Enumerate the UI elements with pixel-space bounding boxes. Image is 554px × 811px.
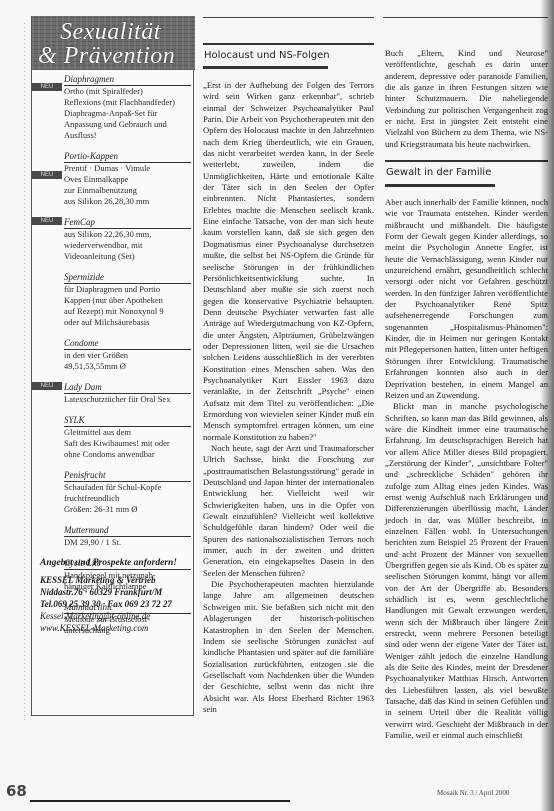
product-line: Diaphragma-Anpaß-Set für [64,108,191,119]
product-entry: NEU Diaphragmen Ortho (mit Spiralfeder) … [32,74,195,141]
product-line: aus Silikon 26,28,30 mm [64,196,191,207]
bottom-rule [30,800,290,802]
product-line: Reflexions (mit Flachbandfeder) [64,97,191,108]
paragraph: Die Psychotherapeuten machten hierzuland… [203,579,374,715]
banner-title-line2: & Prävention [38,44,175,68]
article-body: Aber auch innerhalb der Familie können, … [385,197,548,742]
scan-edge-shadow [540,0,554,811]
product-line: Schaufaden für Schul-Kopfe [64,482,191,493]
paragraph: Buch „Eltern, Kind und Neurose" veröffen… [385,48,548,150]
product-line: Ortho (mit Spiralfeder) [64,86,191,97]
heading-rule-top [203,43,374,45]
product-line: für Diaphragmen und Portio [64,284,191,295]
new-badge: NEU [32,171,62,179]
page-number: 68 [6,782,27,800]
top-rule [383,17,548,18]
company-email: Kessel.Marketing@t-online.de [40,610,190,622]
product-entry: SYLK Gleitmittel aus dem Saft des Kiwiba… [32,415,195,460]
new-badge: NEU [32,382,62,390]
product-title: Muttermund [64,525,191,537]
advert-banner: Sexualität & Prävention [32,16,195,70]
heading-rule-bottom [385,184,495,187]
product-line: ohne Condoms anwendbar [64,449,191,460]
paragraph: „Erst in der Aufhebung der Folgen des Te… [203,80,374,443]
company-website: www.KESSEL-Marketing.com [40,622,190,634]
product-line: Kappen (nur über Apotheken [64,295,191,306]
section-heading: Holocaust und NS-Folgen [204,50,330,61]
product-title: Penisfrucht [64,470,191,482]
product-line: Saft des Kiwibaumes! mit oder [64,438,191,449]
product-entry: Penisfrucht Schaufaden für Schul-Kopfe f… [32,470,195,515]
new-badge: NEU [32,217,62,225]
company-address: Niddastr.76 · 60329 Frankfurt/M [40,586,190,598]
product-line: 49,51,53,55mm Ø [64,361,191,372]
product-line: zur Einmalbenutzung [64,185,191,196]
top-rule [203,17,374,18]
product-line: DM 29,90 / 1 St. [64,537,191,548]
product-line: Gleitmittel aus dem [64,427,191,438]
product-line: oder auf Milchsäurebasis [64,317,191,328]
product-title: SYLK [64,415,191,427]
product-title: Condome [64,338,191,350]
product-line: Anpassung und Gebrauch und [64,119,191,130]
binding-edge [24,20,25,720]
product-title: Lady Dam [64,382,191,394]
paragraph: Blickt man in manche psychologische Schr… [385,401,548,741]
article-body: „Erst in der Aufhebung der Folgen des Te… [203,80,374,715]
product-line: Prentif · Dumas · Vimule [64,163,191,174]
order-call-to-action: Angebot und Prospekte anfordern! [40,556,190,570]
product-line: Größen: 26-31 mm Ø [64,504,191,515]
product-entry: NEU Lady Dam Latexschutztücher für Oral … [32,382,195,405]
product-title: FemCap [64,217,191,229]
paragraph: Noch heute, sagt der Arzt und Traumafors… [203,443,374,579]
product-entry: Condome in den vier Größen 49,51,53,55mm… [32,338,195,372]
product-title: Diaphragmen [64,74,191,86]
product-title: Spermizide [64,272,191,284]
order-contact-block: Angebot und Prospekte anfordern! KESSEL … [40,556,190,634]
banner-title-line1: Sexualität [60,20,161,44]
product-entry: NEU Portio-Kappen Prentif · Dumas · Vimu… [32,151,195,207]
magazine-page: Sexualität & Prävention NEU Diaphragmen … [0,0,554,811]
advert-sidebar: Sexualität & Prävention NEU Diaphragmen … [31,16,194,716]
product-line: in den vier Größen [64,350,191,361]
product-line: Oves Einmalkappe [64,174,191,185]
product-line: auf Rezept) mit Nonoxynol 9 [64,306,191,317]
product-entry: Muttermund DM 29,90 / 1 St. [32,525,195,548]
product-entry: NEU FemCap aus Silikon 22,26,30 mm, wied… [32,217,195,262]
new-badge: NEU [32,83,62,91]
heading-rule-bottom [203,66,328,69]
heading-rule-top [385,160,548,162]
product-line: wiederverwendbar, mit [64,240,191,251]
article-body-continued: Buch „Eltern, Kind und Neurose" veröffen… [385,48,548,150]
product-line: Latexschutztücher für Oral Sex [64,394,191,405]
product-line: fruchtfreundlich [64,493,191,504]
product-line: aus Silikon 22,26,30 mm, [64,229,191,240]
product-line: Ausfluss! [64,130,191,141]
paragraph: Aber auch innerhalb der Familie können, … [385,197,548,401]
section-heading: Gewalt in der Familie [386,167,491,178]
issue-footer: Mosaik Nr. 3 / April 2000 [437,789,509,797]
product-title: Portio-Kappen [64,151,191,163]
product-line: Videoanleitung (Set) [64,251,191,262]
company-phone-fax: Tel.069 25 39 30 · Fax 069 23 72 27 [40,598,190,610]
company-name: KESSEL Marketing & Vertrieb [40,574,190,586]
product-entry: Spermizide für Diaphragmen und Portio Ka… [32,272,195,328]
